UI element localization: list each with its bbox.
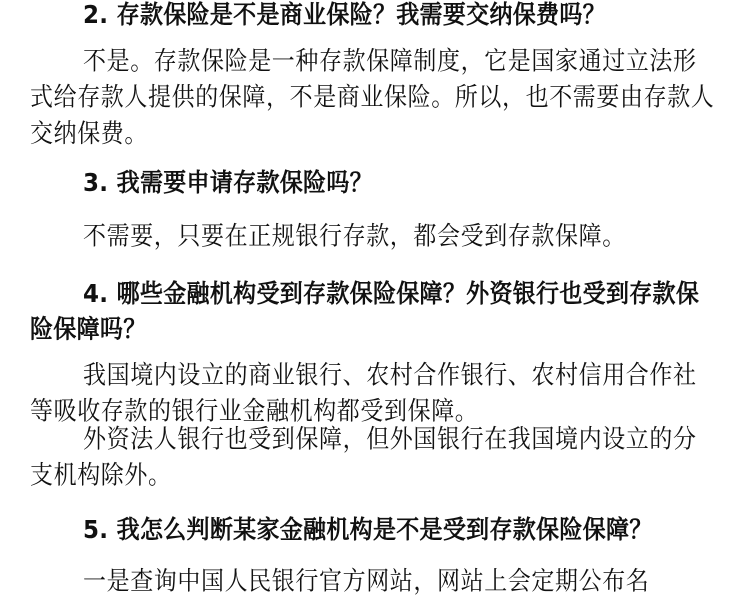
answer-4-paragraph-2: 外资法人银行也受到保障，但外国银行在我国境内设立的分支机构除外。	[30, 422, 720, 495]
answer-5-paragraph: 一是查询中国人民银行官方网站，网站上会定期公布名	[30, 564, 720, 600]
answer-4-paragraph-1: 我国境内设立的商业银行、农村合作银行、农村信用合作社等吸收存款的银行业金融机构都…	[30, 358, 720, 431]
question-5-heading: 5. 我怎么判断某家金融机构是不是受到存款保险保障？	[30, 513, 720, 549]
answer-3-paragraph: 不需要，只要在正规银行存款，都会受到存款保障。	[30, 219, 720, 255]
question-2-heading: 2. 存款保险是不是商业保险？我需要交纳保费吗？	[30, 0, 720, 34]
answer-2-paragraph: 不是。存款保险是一种存款保障制度，它是国家通过立法形式给存款人提供的保障，不是商…	[30, 44, 720, 153]
faq-document: 2. 存款保险是不是商业保险？我需要交纳保费吗？ 不是。存款保险是一种存款保障制…	[0, 0, 750, 600]
question-4-heading: 4. 哪些金融机构受到存款保险保障？外资银行也受到存款保险保障吗？	[30, 277, 720, 348]
question-3-heading: 3. 我需要申请存款保险吗？	[30, 166, 720, 202]
